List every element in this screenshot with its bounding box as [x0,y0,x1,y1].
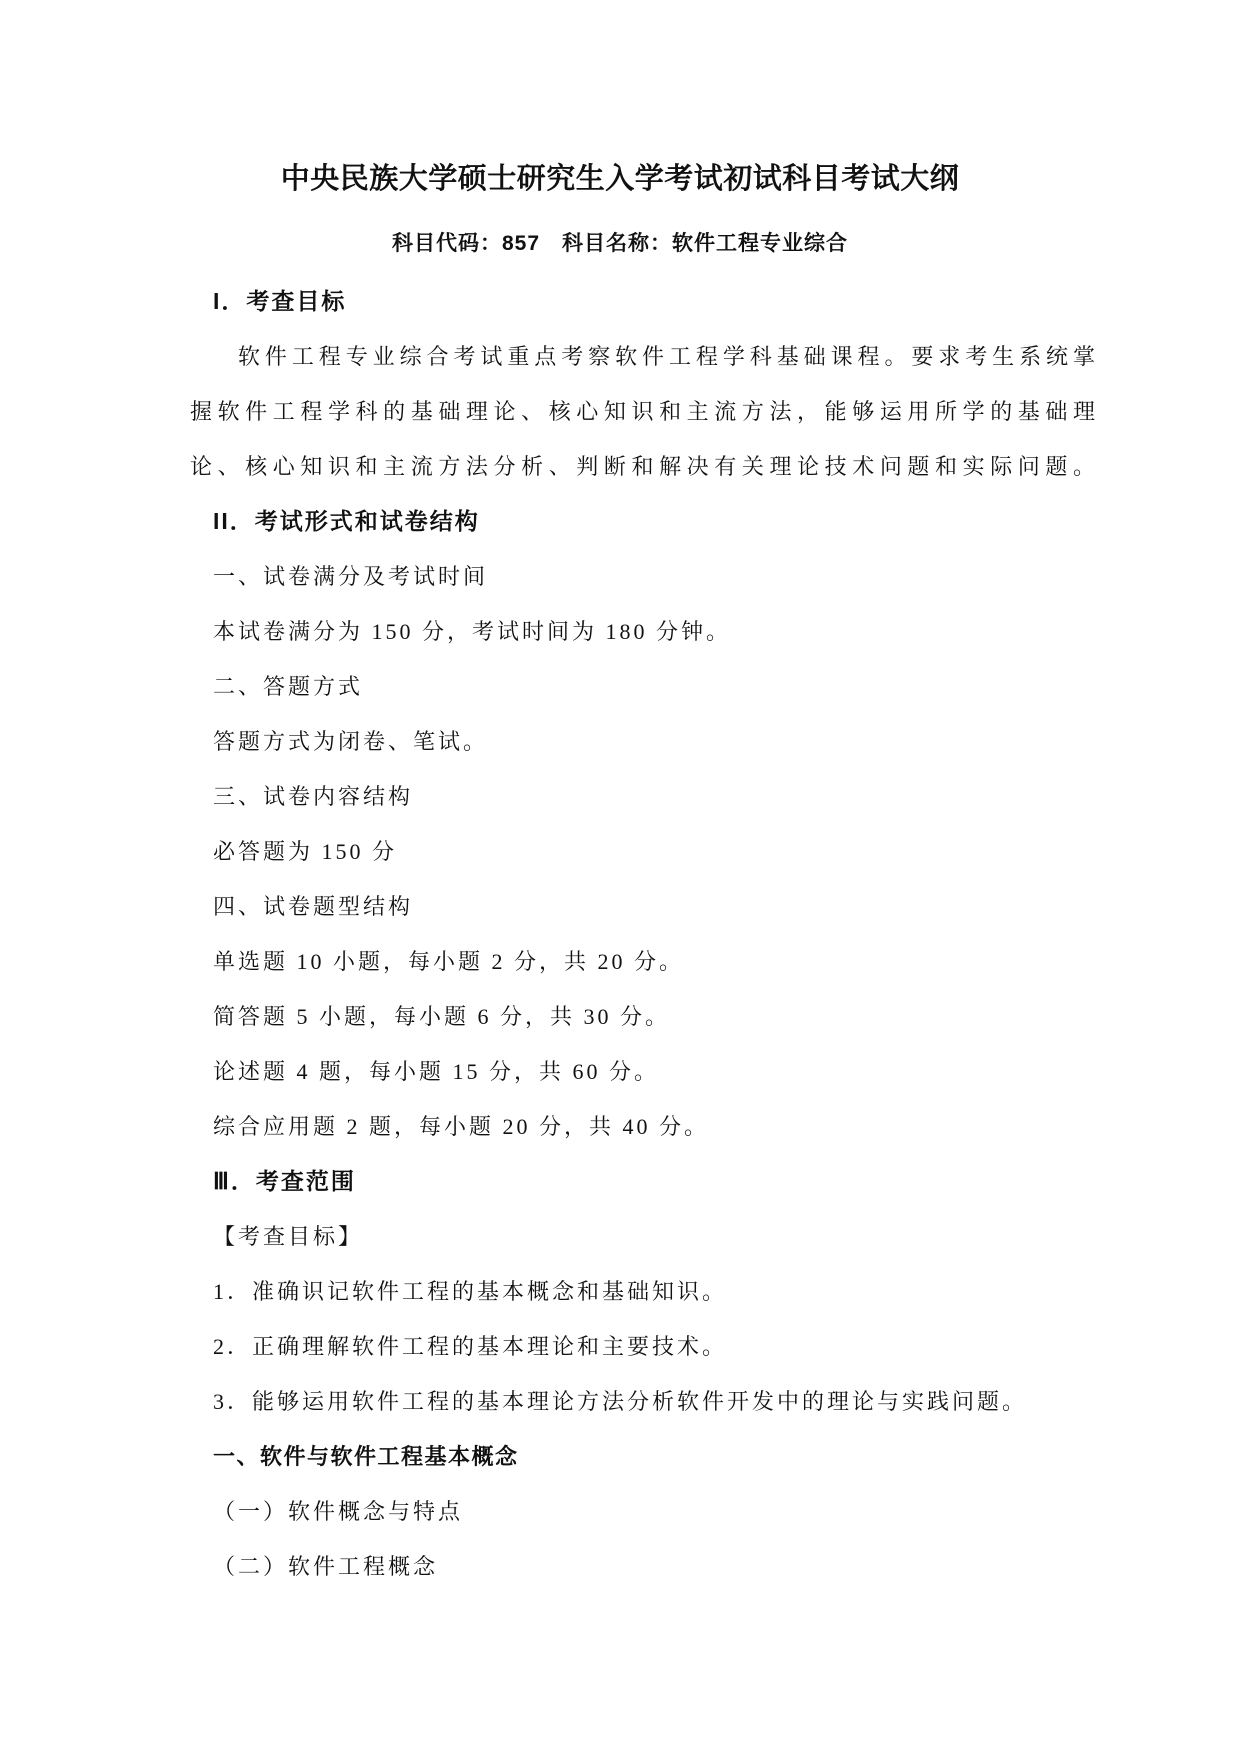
subject-code-and-name: 科目代码：857 科目名称：软件工程专业综合 [0,226,1240,262]
text-line: 论述题 4 题，每小题 15 分，共 60 分。 [190,1044,1095,1099]
document-page: 中央民族大学硕士研究生入学考试初试科目考试大纲 科目代码：857 科目名称：软件… [0,0,1240,1754]
text-line: 1．准确识记软件工程的基本概念和基础知识。 [190,1264,1095,1319]
text-line: 软件工程专业综合考试重点考察软件工程学科基础课程。要求考生系统掌 [190,329,1095,384]
text-line: 论、核心知识和主流方法分析、判断和解决有关理论技术问题和实际问题。 [190,439,1095,494]
text-line: 握软件工程学科的基础理论、核心知识和主流方法，能够运用所学的基础理 [190,384,1095,439]
text-line: 3．能够运用软件工程的基本理论方法分析软件开发中的理论与实践问题。 [190,1374,1095,1429]
text-line: 综合应用题 2 题，每小题 20 分，共 40 分。 [190,1099,1095,1154]
text-line: 一、试卷满分及考试时间 [190,549,1095,604]
text-line: 单选题 10 小题，每小题 2 分，共 20 分。 [190,934,1095,989]
text-line: 三、试卷内容结构 [190,769,1095,824]
text-line: 【考查目标】 [190,1209,1095,1264]
text-line: 答题方式为闭卷、笔试。 [190,714,1095,769]
text-line: 必答题为 150 分 [190,824,1095,879]
text-line: 本试卷满分为 150 分，考试时间为 180 分钟。 [190,604,1095,659]
section-heading: 一、软件与软件工程基本概念 [190,1429,1095,1484]
section-heading: II．考试形式和试卷结构 [190,494,1095,549]
text-line: （二）软件工程概念 [190,1539,1095,1594]
text-line: （一）软件概念与特点 [190,1484,1095,1539]
text-line: 二、答题方式 [190,659,1095,714]
section-heading: Ⅲ．考查范围 [190,1154,1095,1209]
text-line: 四、试卷题型结构 [190,879,1095,934]
text-line: 简答题 5 小题，每小题 6 分，共 30 分。 [190,989,1095,1044]
text-line: 2．正确理解软件工程的基本理论和主要技术。 [190,1319,1095,1374]
section-heading: I．考查目标 [190,274,1095,329]
document-body: I．考查目标软件工程专业综合考试重点考察软件工程学科基础课程。要求考生系统掌握软… [190,274,1095,1594]
document-title: 中央民族大学硕士研究生入学考试初试科目考试大纲 [0,157,1240,201]
